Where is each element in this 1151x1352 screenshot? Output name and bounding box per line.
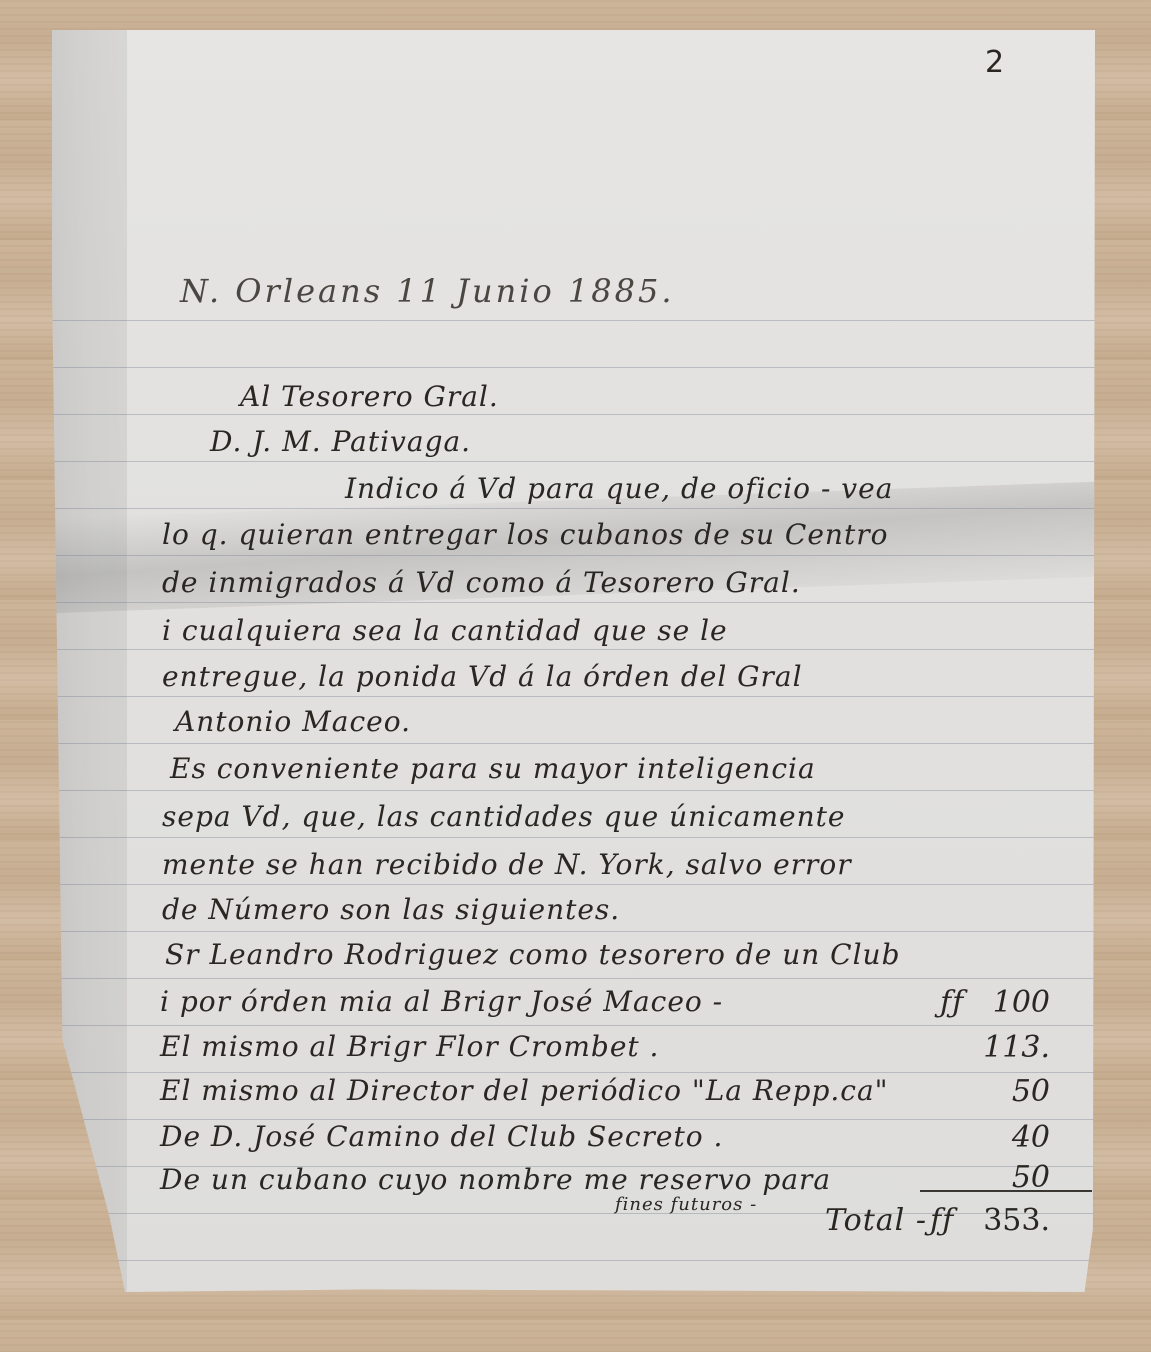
ruled-line xyxy=(52,367,1095,368)
body-line: Es conveniente para su mayor inteligenci… xyxy=(170,752,816,785)
ledger-amount: 40 xyxy=(960,1120,1050,1155)
salutation-line-2: D. J. M. Pativaga. xyxy=(210,425,471,458)
body-line: de Número son las siguientes. xyxy=(162,893,620,926)
ledger-amount: 100 xyxy=(960,985,1050,1020)
body-line: entregue, la ponida Vd á la órden del Gr… xyxy=(162,660,803,693)
ledger-entry: De D. José Camino del Club Secreto . xyxy=(160,1120,723,1153)
ruled-line xyxy=(52,884,1095,885)
ruled-line xyxy=(52,320,1095,321)
sum-underline xyxy=(920,1190,1092,1192)
body-line: Antonio Maceo. xyxy=(175,705,411,738)
ruled-line xyxy=(52,790,1095,791)
ledger-entry: El mismo al Brigr Flor Crombet . xyxy=(160,1030,659,1063)
ruled-line xyxy=(52,743,1095,744)
body-line: de inmigrados á Vd como á Tesorero Gral. xyxy=(162,566,801,599)
ruled-line xyxy=(52,1260,1095,1261)
total-currency-mark: ƒƒ xyxy=(930,1203,954,1238)
ruled-line xyxy=(52,649,1095,650)
total-label: Total - xyxy=(825,1203,927,1238)
ledger-entry-continuation: fines futuros - xyxy=(615,1194,757,1215)
ruled-line xyxy=(52,837,1095,838)
ruled-line xyxy=(52,555,1095,556)
ruled-line xyxy=(52,508,1095,509)
ruled-line xyxy=(52,602,1095,603)
ledger-entry: Sr Leandro Rodriguez como tesorero de un… xyxy=(165,938,901,971)
page-number: 2 xyxy=(985,45,1004,80)
ruled-line xyxy=(52,461,1095,462)
dateline: N. Orleans 11 Junio 1885. xyxy=(180,272,675,310)
ruled-line xyxy=(52,696,1095,697)
ledger-amount: 50 xyxy=(960,1074,1050,1109)
ruled-line xyxy=(52,1072,1095,1073)
ruled-line xyxy=(52,414,1095,415)
ledger-entry: i por órden mia al Brigr José Maceo - xyxy=(160,985,723,1018)
ledger-entry: El mismo al Director del periódico "La R… xyxy=(160,1074,889,1107)
body-line: mente se han recibido de N. York, salvo … xyxy=(162,848,852,881)
body-line: lo q. quieran entregar los cubanos de su… xyxy=(162,518,888,551)
body-line: sepa Vd, que, las cantidades que únicame… xyxy=(162,800,845,833)
ruled-line xyxy=(52,1025,1095,1026)
ruled-line xyxy=(52,931,1095,932)
body-line: Indico á Vd para que, de oficio - vea xyxy=(345,472,893,505)
salutation-line-1: Al Tesorero Gral. xyxy=(240,380,499,413)
ledger-amount: 113. xyxy=(960,1030,1050,1065)
body-line: i cualquiera sea la cantidad que se le xyxy=(162,614,728,647)
total-amount: 353. xyxy=(960,1203,1050,1238)
paper-left-shading xyxy=(52,30,127,1292)
ruled-line xyxy=(52,978,1095,979)
ledger-entry: De un cubano cuyo nombre me reservo para xyxy=(160,1163,831,1196)
